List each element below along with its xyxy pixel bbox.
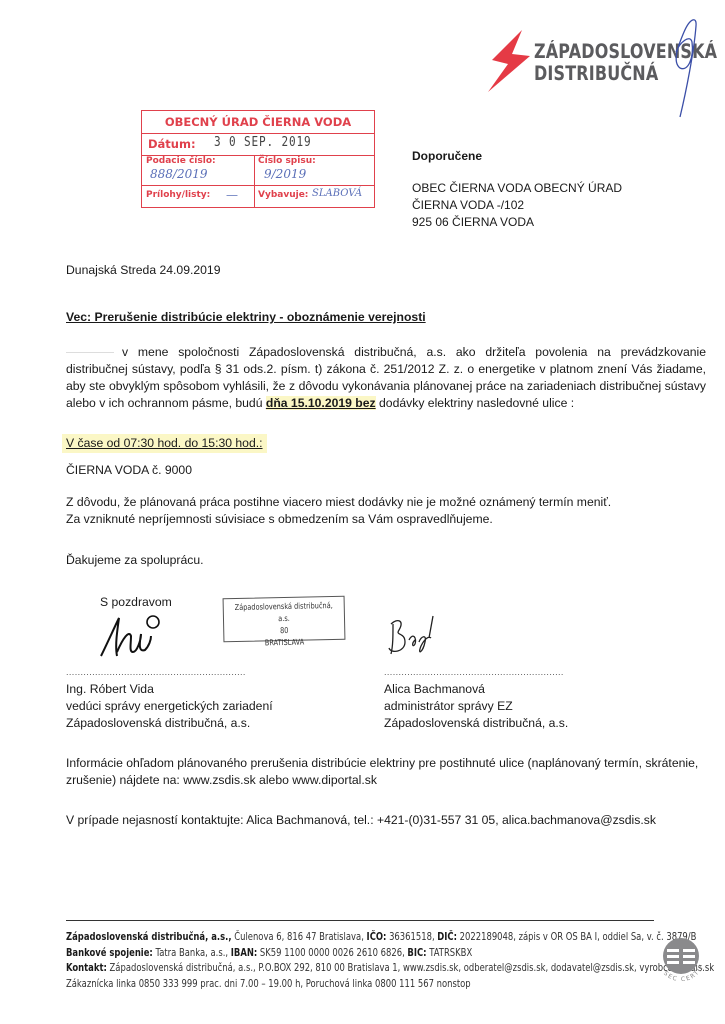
stamp-handled-by-value: SLABOVÁ	[312, 188, 362, 199]
sec-certified-badge-icon: SEC CERTIFIED	[650, 930, 712, 990]
signatory-1-company: Západoslovenská distribučná, a.s.	[66, 715, 273, 732]
stamp-handled-by-label: Vybavuje:	[258, 190, 308, 200]
footer-line-contact: Kontakt: Západoslovenská distribučná, a.…	[66, 960, 714, 976]
footer: Západoslovenská distribučná, a.s., Čulen…	[66, 929, 714, 991]
signatory-2-name: Alica Bachmanová	[384, 681, 568, 698]
stamp-date-value: 3 0 SEP. 2019	[214, 135, 312, 150]
stamp-date-label: Dátum:	[148, 137, 196, 151]
signatory-1-role: vedúci správy energetických zariadení	[66, 698, 273, 715]
stamp-title: OBECNÝ ÚRAD ČIERNA VODA	[142, 111, 374, 134]
note-line-2: Za vzniknuté nepríjemnosti súvisiace s o…	[66, 511, 493, 528]
pen-scribble-mark	[650, 12, 710, 122]
stamp-attachments-value: —	[226, 188, 238, 202]
stamp-filing-number-label: Podacie číslo:	[146, 156, 216, 166]
addressee-block: Doporučene OBEC ČIERNA VODA OBECNÝ ÚRAD …	[412, 148, 622, 231]
info-paragraph: Informácie ohľadom plánovaného prerušeni…	[66, 755, 716, 789]
address-line-2: ČIERNA VODA -/102	[412, 197, 622, 214]
company-stamp-line-1: Západoslovenská distribučná, a.s.	[234, 600, 333, 626]
greeting: S pozdravom	[100, 594, 172, 611]
signatory-2-role: administrátor správy EZ	[384, 698, 568, 715]
signatory-1-name: Ing. Róbert Vida	[66, 681, 273, 698]
stamp-filing-number-value: 888/2019	[150, 167, 208, 181]
received-stamp: OBECNÝ ÚRAD ČIERNA VODA Dátum: 3 0 SEP. …	[141, 110, 375, 208]
signature-vida	[95, 612, 165, 660]
paragraph-text-after: dodávky elektriny nasledovné ulice :	[376, 396, 575, 410]
signature-line-2: ........................................…	[384, 664, 568, 681]
indent-line	[66, 352, 114, 353]
footer-line-hotline: Zákaznícka linka 0850 333 999 prac. dni …	[66, 976, 714, 992]
footer-line-bank: Bankové spojenie: Tatra Banka, a.s., IBA…	[66, 945, 714, 961]
stamp-divider	[254, 155, 255, 207]
footer-line-company: Západoslovenská distribučná, a.s., Čulen…	[66, 929, 714, 945]
stamp-file-number-label: Číslo spisu:	[258, 156, 316, 166]
stamp-file-number-value: 9/2019	[264, 167, 306, 181]
thanks-line: Ďakujeme za spoluprácu.	[66, 552, 204, 569]
delivery-type: Doporučene	[412, 148, 622, 165]
main-paragraph: v mene spoločnosti Západoslovenská distr…	[66, 344, 706, 412]
signatory-2-company: Západoslovenská distribučná, a.s.	[384, 715, 568, 732]
address-line-3: 925 06 ČIERNA VODA	[412, 214, 622, 231]
city-date: Dunajská Streda 24.09.2019	[66, 262, 221, 279]
signature-line-1: ........................................…	[66, 664, 273, 681]
subject-line: Vec: Prerušenie distribúcie elektriny - …	[66, 309, 426, 326]
footer-divider	[66, 920, 654, 921]
signature-bachmanova	[383, 612, 443, 658]
outage-time-slot: V čase od 07:30 hod. do 15:30 hod.:	[62, 434, 267, 453]
signatory-1: ........................................…	[66, 664, 273, 732]
stamp-attachments-label: Prílohy/listy:	[146, 190, 210, 200]
signatory-2: ........................................…	[384, 664, 568, 732]
outage-date-highlight: dňa 15.10.2019 bez	[266, 396, 376, 410]
note-line-1: Z dôvodu, že plánovaná práca postihne vi…	[66, 494, 611, 511]
affected-street: ČIERNA VODA č. 9000	[66, 462, 192, 479]
address-line-1: OBEC ČIERNA VODA OBECNÝ ÚRAD	[412, 180, 622, 197]
company-stamp-line-3: BRATISLAVA	[235, 636, 334, 650]
contact-line: V prípade nejasností kontaktujte: Alica …	[66, 812, 656, 829]
company-stamp: Západoslovenská distribučná, a.s. 80 BRA…	[223, 596, 346, 643]
